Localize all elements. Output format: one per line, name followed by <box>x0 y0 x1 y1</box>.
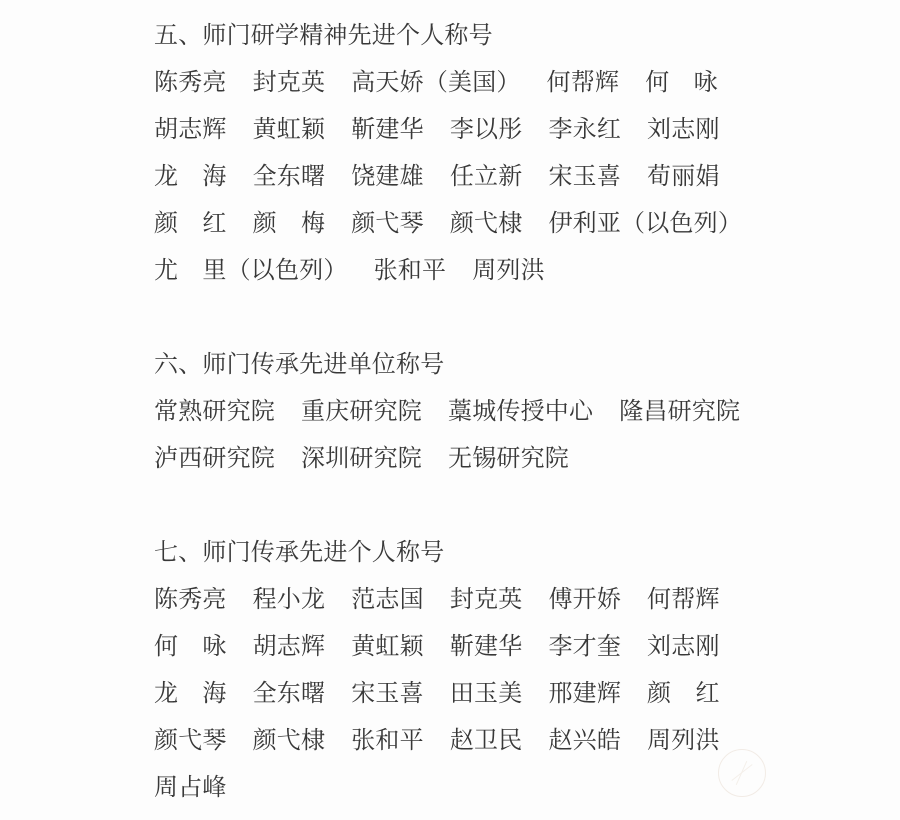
name-text: 黄虹颖 <box>351 624 424 671</box>
name-text: 陈秀亮 <box>154 60 227 107</box>
name-text: 宋玉喜 <box>351 671 424 718</box>
section-gap <box>154 295 860 342</box>
name-text: 何 咏 <box>154 624 227 671</box>
unit-row: 泸西研究院深圳研究院无锡研究院 <box>154 436 860 483</box>
name-text: 颜弋棣 <box>253 718 326 765</box>
name-text: 周列洪 <box>647 718 720 765</box>
name-text: 颜 梅 <box>253 201 326 248</box>
name-text: 刘志刚 <box>647 624 720 671</box>
document-page: 五、师门研学精神先进个人称号 陈秀亮封克英高天娇（美国）何帮辉何 咏 胡志辉黄虹… <box>0 0 900 820</box>
name-row: 陈秀亮程小龙范志国封克英傅开娇何帮辉 <box>154 577 860 624</box>
name-text: 藁城传授中心 <box>448 389 593 436</box>
name-text: 范志国 <box>351 577 424 624</box>
name-text: 周列洪 <box>472 248 545 295</box>
name-row: 龙 海全东曙饶建雄任立新宋玉喜荀丽娟 <box>154 154 860 201</box>
name-text: 颜弋琴 <box>351 201 424 248</box>
name-text: 赵卫民 <box>450 718 523 765</box>
name-row: 胡志辉黄虹颖靳建华李以彤李永红刘志刚 <box>154 107 860 154</box>
name-row: 龙 海全东曙宋玉喜田玉美邢建辉颜 红 <box>154 671 860 718</box>
faint-seal-watermark <box>718 749 766 797</box>
name-text: 周占峰 <box>154 765 227 812</box>
name-text: 全东曙 <box>253 154 326 201</box>
name-text: 张和平 <box>374 248 447 295</box>
name-text: 封克英 <box>253 60 326 107</box>
name-text: 高天娇（美国） <box>351 60 520 107</box>
name-text: 胡志辉 <box>154 107 227 154</box>
name-text: 泸西研究院 <box>154 436 275 483</box>
name-text: 隆昌研究院 <box>619 389 740 436</box>
name-text: 重庆研究院 <box>301 389 422 436</box>
name-text: 赵兴皓 <box>548 718 621 765</box>
name-text: 宋玉喜 <box>548 154 621 201</box>
name-text: 陈秀亮 <box>154 577 227 624</box>
name-text: 颜 红 <box>647 671 720 718</box>
name-text: 任立新 <box>450 154 523 201</box>
name-text: 深圳研究院 <box>301 436 422 483</box>
name-text: 靳建华 <box>450 624 523 671</box>
name-text: 封克英 <box>450 577 523 624</box>
section-5-heading: 五、师门研学精神先进个人称号 <box>154 13 860 60</box>
name-text: 程小龙 <box>253 577 326 624</box>
name-text: 李才奎 <box>548 624 621 671</box>
name-text: 尤 里（以色列） <box>154 248 348 295</box>
name-text: 何帮辉 <box>647 577 720 624</box>
name-row: 尤 里（以色列）张和平周列洪 <box>154 248 860 295</box>
name-text: 无锡研究院 <box>448 436 569 483</box>
name-text: 黄虹颖 <box>253 107 326 154</box>
name-text: 荀丽娟 <box>647 154 720 201</box>
name-text: 李永红 <box>548 107 621 154</box>
name-text: 胡志辉 <box>253 624 326 671</box>
name-text: 田玉美 <box>450 671 523 718</box>
name-row: 颜 红颜 梅颜弋琴颜弋棣伊利亚（以色列） <box>154 201 860 248</box>
name-text: 颜弋棣 <box>450 201 523 248</box>
name-text: 何 咏 <box>645 60 718 107</box>
name-text: 李以彤 <box>450 107 523 154</box>
name-row: 何 咏胡志辉黄虹颖靳建华李才奎刘志刚 <box>154 624 860 671</box>
name-text: 何帮辉 <box>547 60 620 107</box>
unit-row: 常熟研究院重庆研究院藁城传授中心隆昌研究院 <box>154 389 860 436</box>
name-text: 靳建华 <box>351 107 424 154</box>
name-text: 全东曙 <box>253 671 326 718</box>
section-6-heading: 六、师门传承先进单位称号 <box>154 342 860 389</box>
name-row: 陈秀亮封克英高天娇（美国）何帮辉何 咏 <box>154 60 860 107</box>
name-text: 颜弋琴 <box>154 718 227 765</box>
name-text: 龙 海 <box>154 154 227 201</box>
name-text: 傅开娇 <box>548 577 621 624</box>
name-text: 伊利亚（以色列） <box>548 201 742 248</box>
name-text: 邢建辉 <box>548 671 621 718</box>
section-7-heading: 七、师门传承先进个人称号 <box>154 530 860 577</box>
name-text: 龙 海 <box>154 671 227 718</box>
name-text: 饶建雄 <box>351 154 424 201</box>
name-text: 张和平 <box>351 718 424 765</box>
section-gap <box>154 483 860 530</box>
name-text: 刘志刚 <box>647 107 720 154</box>
name-text: 常熟研究院 <box>154 389 275 436</box>
name-text: 颜 红 <box>154 201 227 248</box>
